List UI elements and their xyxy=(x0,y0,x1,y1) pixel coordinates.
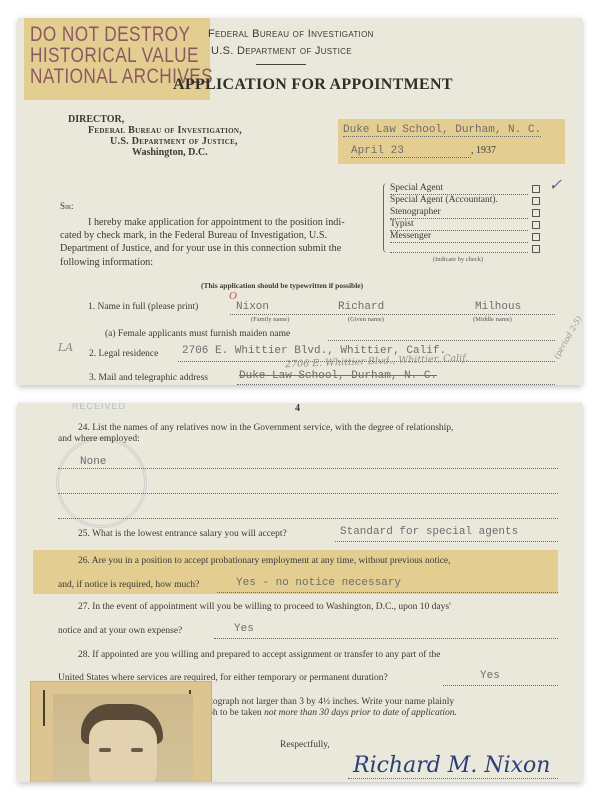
q3-label: 3. Mail and telegraphic address xyxy=(89,373,208,383)
q1-family-name: Nixon xyxy=(236,301,269,313)
q28-label-line-1: 28. If appointed are you willing and pre… xyxy=(78,650,440,660)
checkbox-typist[interactable] xyxy=(532,221,540,229)
position-label: Special Agent (Accountant). xyxy=(390,195,528,206)
intro-line-3: Department of Justice, and for your use … xyxy=(60,242,345,255)
checkbox-stenographer[interactable] xyxy=(532,209,540,217)
position-label: Special Agent xyxy=(390,183,528,195)
q25-value: Standard for special agents xyxy=(340,526,518,538)
photo-instructions: photograph not larger than 3 by 4½ inche… xyxy=(196,697,457,719)
positions-note: (Indicate by check) xyxy=(390,254,540,265)
q28-transfer-field[interactable] xyxy=(443,672,558,686)
page-title: APPLICATION FOR APPOINTMENT xyxy=(173,76,453,94)
q24-answer-line-3[interactable] xyxy=(58,517,558,519)
addressee-line-3: U.S. Department of Justice, xyxy=(110,136,238,147)
q27-label-line-2: notice and at your own expense? xyxy=(58,626,182,636)
photo-image xyxy=(53,694,193,782)
q3-struck-value: Duke Law School, Durham, N. C. xyxy=(239,370,437,382)
position-label: Messenger xyxy=(390,231,528,243)
position-messenger[interactable]: Messenger xyxy=(390,231,540,243)
document-page-2: RECEIVED 4 24. List the names of any rel… xyxy=(18,403,582,782)
date-value: April 23 xyxy=(351,145,471,158)
addressee-line-4: Washington, D.C. xyxy=(132,147,208,158)
positions-bracket xyxy=(383,183,388,253)
intro-paragraph: I hereby make application for appointmen… xyxy=(60,216,345,269)
checkbox-special-agent[interactable] xyxy=(532,185,540,193)
signature: Richard M. Nixon xyxy=(353,753,550,778)
q2-label: 2. Legal residence xyxy=(89,349,158,359)
header-rule xyxy=(256,64,306,65)
document-page-1: DO NOT DESTROY HISTORICAL VALUE NATIONAL… xyxy=(18,18,582,385)
checkbox-special-agent-accountant[interactable] xyxy=(532,197,540,205)
position-label: Stenographer xyxy=(390,207,528,219)
q24-label-line-1: 24. List the names of any relatives now … xyxy=(78,423,453,433)
header-agency: Federal Bureau of Investigation xyxy=(208,28,374,40)
place-value: Duke Law School, Durham, N. C. xyxy=(343,124,541,137)
intro-line-4: following information: xyxy=(60,256,345,269)
position-label: Typist xyxy=(390,219,528,231)
q1-given-name: Richard xyxy=(338,301,384,313)
received-seal-icon xyxy=(56,437,147,528)
q2-margin-note: LA xyxy=(58,341,73,354)
q3-margin-note: (period 2-5) xyxy=(552,315,582,361)
photo-corner-mark-left xyxy=(43,690,45,726)
position-typist[interactable]: Typist xyxy=(390,219,540,231)
intro-line-2: cated by check mark, in the Federal Bure… xyxy=(60,229,345,242)
position-special-agent-accountant[interactable]: Special Agent (Accountant). xyxy=(390,195,540,206)
q24-value: None xyxy=(80,456,106,468)
salutation: Sir: xyxy=(60,201,74,211)
position-label xyxy=(390,244,528,253)
q24-label-line-2: and where employed: xyxy=(58,434,140,444)
photo-note-line-1: photograph not larger than 3 by 4½ inche… xyxy=(196,697,457,708)
photo-eye-right xyxy=(131,748,143,752)
position-stenographer[interactable]: Stenographer xyxy=(390,207,540,219)
q27-label-line-1: 27. In the event of appointment will you… xyxy=(78,602,451,612)
position-special-agent[interactable]: Special Agent ✓ xyxy=(390,183,540,195)
q28-value: Yes xyxy=(480,670,500,682)
q25-label: 25. What is the lowest entrance salary y… xyxy=(78,529,287,539)
applicant-photograph xyxy=(30,681,212,782)
closing-text: Respectfully, xyxy=(280,740,330,750)
q1a-label: (a) Female applicants must furnish maide… xyxy=(105,329,290,339)
intro-line-1: I hereby make application for appointmen… xyxy=(60,216,345,229)
photo-note-line-2: graph to be taken not more than 30 days … xyxy=(196,708,457,719)
q1-label: 1. Name in full (please print) xyxy=(88,302,198,312)
checkbox-messenger[interactable] xyxy=(532,233,540,241)
header-department: U.S. Department of Justice xyxy=(211,45,352,57)
checkbox-other[interactable] xyxy=(532,245,540,253)
q27-relocate-field[interactable] xyxy=(214,625,558,639)
q26-label-line-2: and, if notice is required, how much? xyxy=(58,580,199,590)
addressee-line-2: Federal Bureau of Investigation, xyxy=(88,125,242,136)
photo-note-line-2-italic: not more than 30 days prior to date of a… xyxy=(264,708,457,718)
check-mark-icon: ✓ xyxy=(549,179,562,190)
position-other[interactable] xyxy=(390,243,540,254)
addressee-line-1: DIRECTOR, xyxy=(68,114,124,125)
date-field: April 23, 1937 xyxy=(351,145,496,158)
q24-answer-line-1[interactable] xyxy=(58,467,558,469)
photo-eye-left xyxy=(99,748,111,752)
q1-given-caption: (Given name) xyxy=(348,316,384,323)
stamp-line-2: HISTORICAL VALUE xyxy=(30,45,213,66)
year-value: 37 xyxy=(486,145,496,156)
q26-value: Yes - no notice necessary xyxy=(236,577,401,589)
q24-answer-line-2[interactable] xyxy=(58,492,558,494)
q1-middle-caption: (Middle name) xyxy=(473,316,512,323)
place-field: Duke Law School, Durham, N. C. xyxy=(343,124,541,136)
typewritten-note: (This application should be typewritten … xyxy=(201,281,363,290)
q1-family-caption: (Family name) xyxy=(251,316,289,323)
q27-value: Yes xyxy=(234,623,254,635)
stamp-line-1: DO NOT DESTROY xyxy=(30,24,213,45)
year-prefix: , 19 xyxy=(471,145,486,156)
page-number: 4 xyxy=(295,403,300,414)
q26-label-line-1: 26. Are you in a position to accept prob… xyxy=(78,556,451,566)
q1-middle-name: Milhous xyxy=(475,301,521,313)
q1a-maiden-name-field[interactable] xyxy=(328,330,555,341)
positions-checklist: Special Agent ✓ Special Agent (Accountan… xyxy=(390,183,540,266)
received-stamp: RECEIVED xyxy=(72,403,126,411)
